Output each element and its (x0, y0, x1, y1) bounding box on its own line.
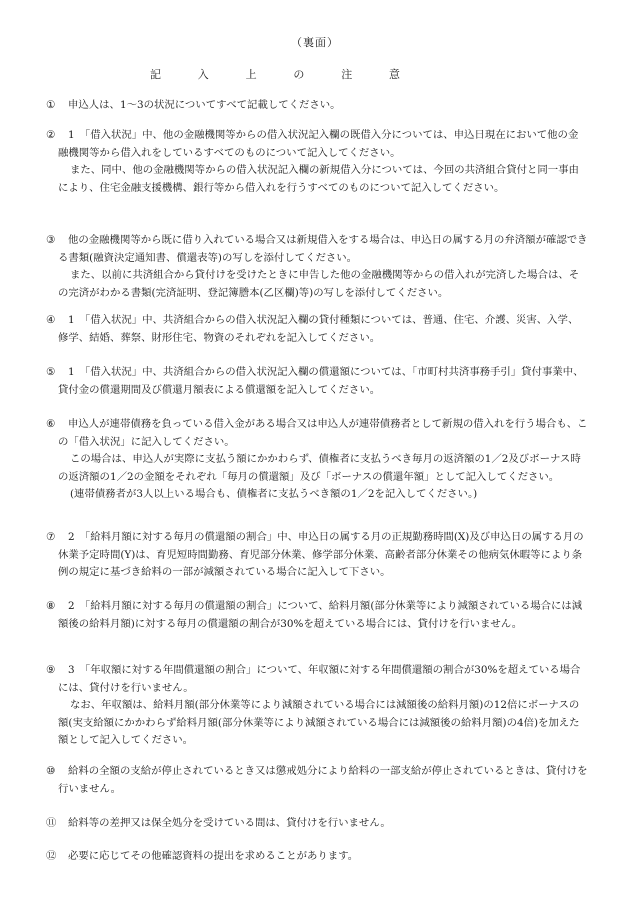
note-item: ①申込人は、1～3の状況についてすべて記載してください。 (46, 97, 588, 115)
note-paragraph: 2 「給料月額に対する毎月の償還額の割合」について、給料月額(部分休業等により減… (46, 598, 588, 633)
note-paragraph: 1 「借入状況」中、共済組合からの借入状況記入欄の貸付種類については、普通、住宅… (46, 312, 588, 347)
note-number: ① (46, 97, 68, 115)
note-paragraph: 申込人は、1～3の状況についてすべて記載してください。 (46, 97, 588, 115)
note-item: ⑪給料等の差押又は保全処分を受けている間は、貸付けを行いません。 (46, 815, 588, 833)
note-item: ④1 「借入状況」中、共済組合からの借入状況記入欄の貸付種類については、普通、住… (46, 312, 588, 347)
note-paragraph: 必要に応じてその他確認資料の提出を求めることがあります。 (46, 848, 588, 866)
note-item: ⑫必要に応じてその他確認資料の提出を求めることがあります。 (46, 848, 588, 866)
note-paragraph: この場合は、申込人が実際に支払う額にかかわらず、債権者に支払うべき毎月の返済額の… (46, 451, 588, 486)
note-number: ⑤ (46, 364, 68, 382)
note-paragraph: 給料の全額の支給が停止されているとき又は懲戒処分により給料の一部支給が停止されて… (46, 763, 588, 798)
heading-char: の (293, 66, 304, 82)
note-paragraph: 2 「給料月額に対する毎月の償還額の割合」中、申込日の属する月の正規勤務時間(X… (46, 529, 588, 582)
note-item: ⑨3 「年収額に対する年間償還額の割合」について、年収額に対する年間償還額の割合… (46, 662, 588, 750)
note-item: ⑦2 「給料月額に対する毎月の償還額の割合」中、申込日の属する月の正規勤務時間(… (46, 529, 588, 582)
note-item: ⑧2 「給料月額に対する毎月の償還額の割合」について、給料月額(部分休業等により… (46, 598, 588, 633)
heading-char: 記 (150, 66, 161, 82)
note-paragraph: (連帯債務者が3人以上いる場合も、債権者に支払うべき額の1／2を記入してください… (46, 486, 588, 504)
note-paragraph: 1 「借入状況」中、共済組合からの借入状況記入欄の償還額については、「市町村共済… (46, 364, 588, 399)
note-paragraph: 給料等の差押又は保全処分を受けている間は、貸付けを行いません。 (46, 815, 588, 833)
note-number: ④ (46, 312, 68, 330)
page-title: 記 入 上 の 注 意 (150, 66, 400, 82)
note-number: ⑫ (46, 848, 68, 866)
note-item: ⑤1 「借入状況」中、共済組合からの借入状況記入欄の償還額については、「市町村共… (46, 364, 588, 399)
note-paragraph: また、以前に共済組合から貸付けを受けたときに申告した他の金融機関等からの借入れが… (46, 267, 588, 302)
note-number: ⑧ (46, 598, 68, 616)
note-paragraph: 申込人が連帯債務を負っている借入金がある場合又は申込人が連帯債務者として新規の借… (46, 416, 588, 451)
document-page: （裏面） 記 入 上 の 注 意 ①申込人は、1～3の状況についてすべて記載して… (0, 0, 630, 903)
note-item: ⑩給料の全額の支給が停止されているとき又は懲戒処分により給料の一部支給が停止され… (46, 763, 588, 798)
note-number: ⑩ (46, 763, 68, 781)
note-number: ② (46, 127, 68, 145)
reverse-side-label: （裏面） (0, 34, 630, 50)
heading-char: 注 (341, 66, 352, 82)
note-paragraph: なお、年収額は、給料月額(部分休業等により減額されている場合には減額後の給料月額… (46, 697, 588, 750)
heading-char: 入 (198, 66, 209, 82)
note-number: ⑥ (46, 416, 68, 434)
note-paragraph: 3 「年収額に対する年間償還額の割合」について、年収額に対する年間償還額の割合が… (46, 662, 588, 697)
note-paragraph: また、同中、他の金融機関等からの借入状況記入欄の新規借入分については、今回の共済… (46, 162, 588, 197)
heading-char: 上 (246, 66, 257, 82)
note-paragraph: 他の金融機関等から既に借り入れている場合又は新規借入をする場合は、申込日の属する… (46, 232, 588, 267)
note-item: ③他の金融機関等から既に借り入れている場合又は新規借入をする場合は、申込日の属す… (46, 232, 588, 302)
note-number: ⑪ (46, 815, 68, 833)
note-number: ③ (46, 232, 68, 250)
note-item: ②1 「借入状況」中、他の金融機関等からの借入状況記入欄の既借入分については、申… (46, 127, 588, 197)
heading-char: 意 (389, 66, 400, 82)
note-item: ⑥申込人が連帯債務を負っている借入金がある場合又は申込人が連帯債務者として新規の… (46, 416, 588, 504)
note-number: ⑨ (46, 662, 68, 680)
note-number: ⑦ (46, 529, 68, 547)
note-paragraph: 1 「借入状況」中、他の金融機関等からの借入状況記入欄の既借入分については、申込… (46, 127, 588, 162)
